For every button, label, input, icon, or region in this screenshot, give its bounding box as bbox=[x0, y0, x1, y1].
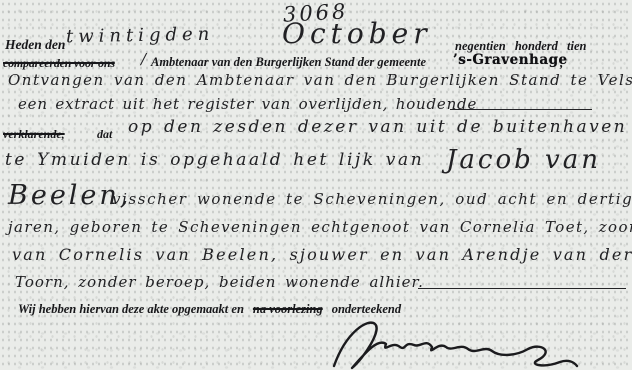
official-line-municipality: ’s-Gravenhage bbox=[453, 54, 568, 68]
filler-rule-closing bbox=[418, 288, 626, 289]
body-line-1-text: te Ymuiden is opgehaald het lijk van bbox=[5, 152, 424, 169]
official-line-struck-text: compareerden voor ons bbox=[3, 57, 115, 69]
body-line-2-text: visscher wonende te Scheveningen, oud ac… bbox=[112, 192, 632, 207]
date-line-day-word: twintigden bbox=[66, 26, 215, 47]
closing-struck-text: na voorlezing bbox=[253, 302, 323, 316]
official-line-printed-text: Ambtenaar van den Burgerlijken Stand der… bbox=[151, 56, 426, 69]
declaration-printed-text: dat bbox=[97, 128, 112, 140]
death-act-extract-document: 3068 Heden den twintigden October negent… bbox=[0, 0, 632, 370]
extract-line: een extract uit het register van overlij… bbox=[18, 97, 477, 112]
date-line-month: October bbox=[282, 20, 432, 48]
official-line-comma: , bbox=[560, 56, 563, 69]
closing-printed-prefix: Wij hebben hiervan deze akte opgemaakt e… bbox=[18, 302, 244, 316]
closing-line: Wij hebben hiervan deze akte opgemaakt e… bbox=[18, 303, 401, 316]
official-signature-icon bbox=[330, 316, 580, 370]
closing-printed-suffix: onderteekend bbox=[332, 302, 401, 316]
body-line-5-text: Toorn, zonder beroep, beiden wonende alh… bbox=[15, 275, 424, 290]
deceased-name-start: Jacob van bbox=[446, 147, 601, 173]
date-line-year: negentien honderd tien bbox=[455, 40, 586, 53]
body-line-4-text: van Cornelis van Beelen, sjouwer en van … bbox=[12, 247, 632, 263]
declaration-handwritten-text: op den zesden dezer van uit de buitenhav… bbox=[128, 119, 627, 136]
filler-rule-extract bbox=[450, 109, 592, 110]
received-line: Ontvangen van den Ambtenaar van den Burg… bbox=[8, 73, 632, 88]
declaration-struck-text: verklarende, bbox=[3, 128, 65, 140]
official-line-slash: / bbox=[141, 52, 146, 67]
date-line-printed-prefix: Heden den bbox=[5, 38, 65, 52]
body-line-3-text: jaren, geboren te Scheveningen echtgenoo… bbox=[8, 220, 632, 235]
